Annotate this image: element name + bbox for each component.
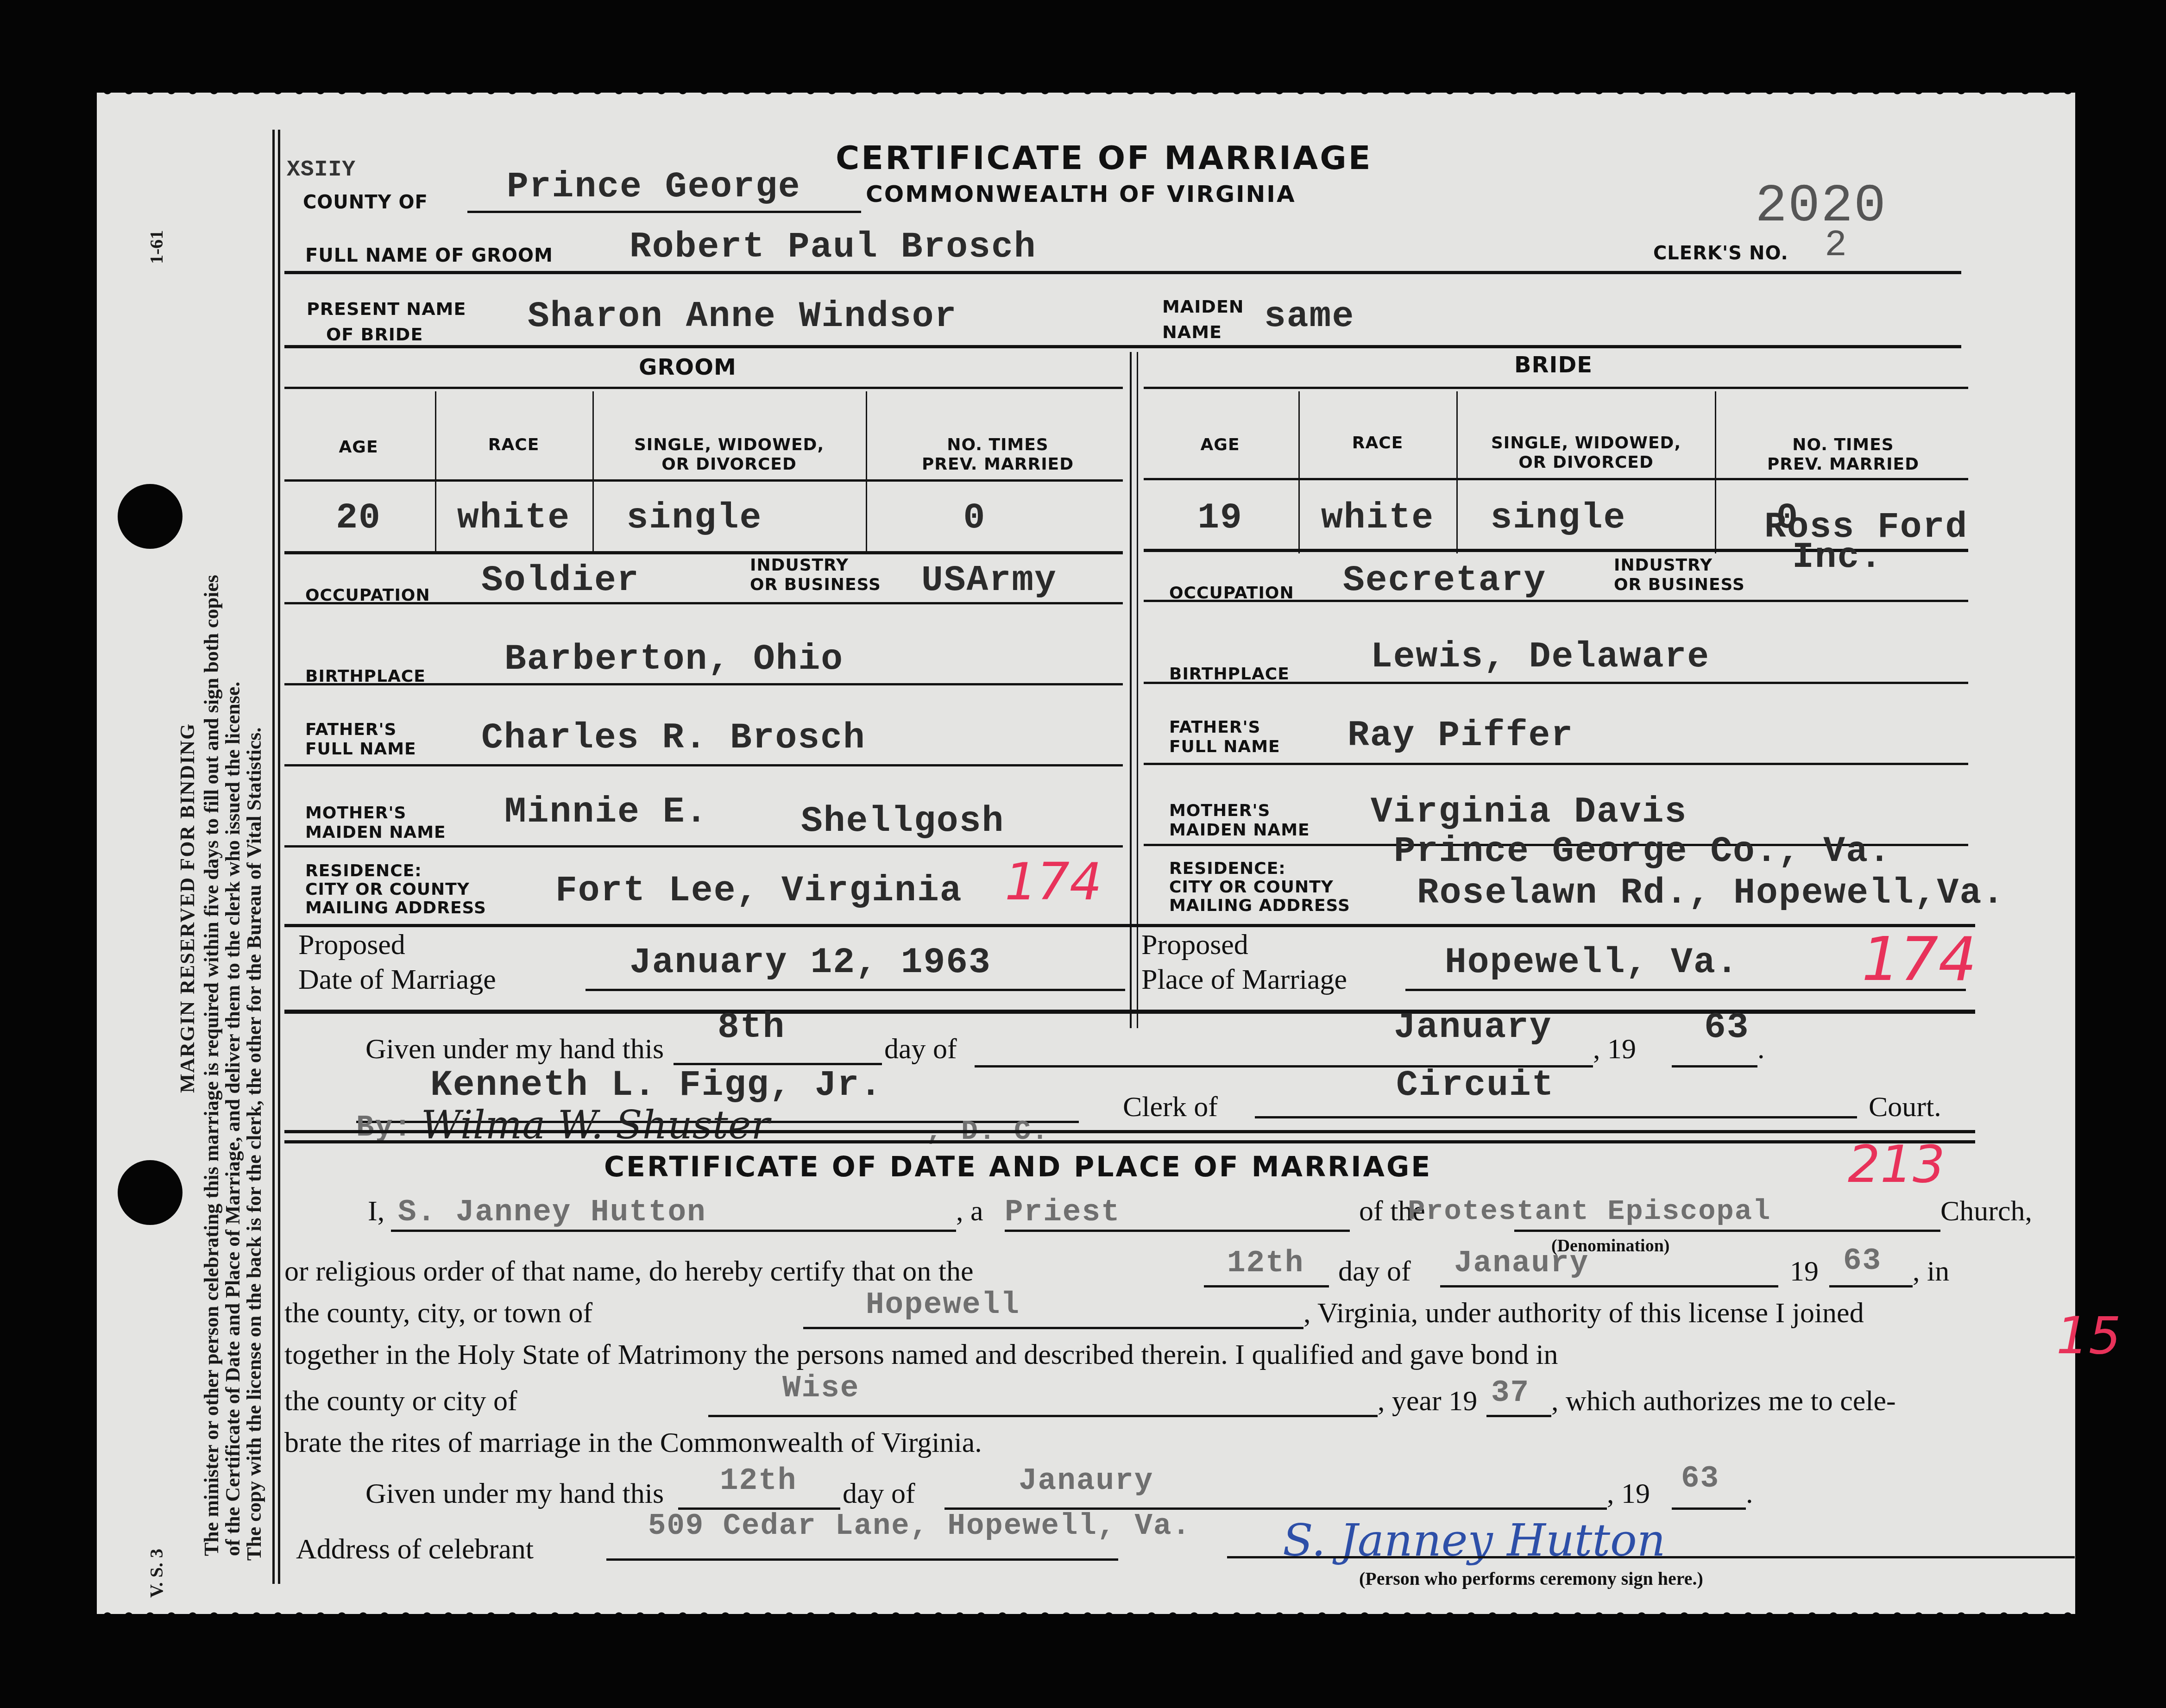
- groom-residence: Fort Lee, Virginia: [555, 871, 963, 911]
- bride-status: single: [1459, 498, 1658, 539]
- groom-birthplace-underline: [284, 683, 1123, 685]
- ceremony-month-underline: [1440, 1285, 1778, 1287]
- groom-times-married: 0: [868, 498, 1081, 539]
- bride-mother: Virginia Davis: [1371, 792, 1687, 833]
- court-type: Circuit: [1396, 1065, 1555, 1106]
- ceremony-line-5-label: the county or city of: [284, 1385, 517, 1418]
- court-label: Court.: [1869, 1091, 1941, 1124]
- bride-residence-label-3: MAILING ADDRESS: [1169, 896, 1350, 916]
- celebrant-address-underline: [606, 1558, 1118, 1561]
- binding-hole-bottom: [118, 1160, 183, 1225]
- groom-age: 20: [284, 498, 433, 539]
- ceremony-given-month: Janaury: [1019, 1463, 1153, 1498]
- license-year-suffix: 63: [1704, 1007, 1750, 1048]
- celebrant-name-underline: [391, 1230, 956, 1232]
- form-revision: 1-61: [145, 230, 167, 264]
- license-day: 8th: [718, 1007, 785, 1048]
- groom-col-age: AGE: [284, 438, 433, 457]
- groom-industry-label-1: INDUSTRY: [750, 556, 849, 575]
- bride-col-status-2: OR DIVORCED: [1459, 453, 1713, 472]
- groom-col-times-2: PREV. MARRIED: [868, 455, 1127, 474]
- bride-father: Ray Piffer: [1347, 716, 1574, 756]
- bride-col-status-1: SINGLE, WIDOWED,: [1459, 433, 1713, 453]
- celebrant-title-underline: [1005, 1230, 1350, 1232]
- ceremony-title: CERTIFICATE OF DATE AND PLACE OF MARRIAG…: [604, 1151, 1432, 1183]
- proposed-place-label-2: Place of Marriage: [1141, 963, 1347, 996]
- ceremony-line-3-label: the county, city, or town of: [284, 1297, 592, 1330]
- celebrant-signature-underline: [1227, 1556, 2075, 1558]
- margin-heading: MARGIN RESERVED FOR BINDING: [176, 723, 199, 1093]
- bride-age: 19: [1144, 498, 1297, 539]
- clerk-name: Kenneth L. Figg, Jr.: [430, 1065, 882, 1106]
- margin-instruction-3: The copy with the license on the back is…: [242, 728, 266, 1561]
- county-underline: [467, 211, 861, 213]
- bride-occupation: Secretary: [1343, 560, 1546, 601]
- groom-col-sep-2: [592, 391, 594, 553]
- bride-col-sep-1: [1298, 391, 1300, 553]
- form-id: V. S. 3: [145, 1549, 167, 1598]
- bride-occupation-underline: [1144, 600, 1968, 602]
- license-period: .: [1757, 1033, 1765, 1066]
- ceremony-day-of-label: day of: [1338, 1255, 1411, 1288]
- groom-residence-label-3: MAILING ADDRESS: [305, 898, 486, 918]
- bride-col-sep-3: [1715, 391, 1716, 553]
- groom-status: single: [595, 498, 794, 539]
- bride-industry-label-2: OR BUSINESS: [1614, 575, 1745, 595]
- bride-name-value: Sharon Anne Windsor: [528, 296, 957, 337]
- bride-father-label-1: FATHER'S: [1169, 718, 1260, 737]
- denomination-underline: [1514, 1230, 1940, 1232]
- bride-residence-line-2: Roselawn Rd., Hopewell,Va.: [1417, 873, 2005, 914]
- groom-residence-label-2: CITY OR COUNTY: [305, 880, 470, 899]
- maiden-name-value: same: [1264, 296, 1354, 337]
- ceremony-month: Janaury: [1454, 1246, 1589, 1281]
- groom-mother-label-1: MOTHER'S: [305, 804, 406, 823]
- groom-col-times-1: NO. TIMES: [868, 435, 1127, 455]
- ceremony-line-2: or religious order of that name, do here…: [284, 1255, 974, 1288]
- bride-industry-line-2: Inc.: [1792, 537, 1883, 578]
- groom-mother-underline: [284, 845, 1123, 848]
- celebrant-address: 509 Cedar Lane, Hopewell, Va.: [648, 1510, 1191, 1543]
- ceremony-given-period: .: [1746, 1477, 1753, 1510]
- ceremony-line-6: brate the rites of marriage in the Commo…: [284, 1426, 982, 1459]
- groom-col-status-2: OR DIVORCED: [595, 455, 863, 474]
- bride-father-label-2: FULL NAME: [1169, 737, 1280, 757]
- proposed-date-underline: [586, 989, 1125, 991]
- clerks-no-value: 2: [1825, 225, 1848, 267]
- license-month: January: [1394, 1007, 1552, 1048]
- form-code: XSIIY: [287, 157, 356, 182]
- groom-col-sep-3: [866, 391, 867, 553]
- groom-race: white: [437, 498, 590, 539]
- groom-col-status-1: SINGLE, WIDOWED,: [595, 435, 863, 455]
- groom-name-label: FULL NAME OF GROOM: [305, 245, 553, 266]
- ceremony-year-suffix: 63: [1843, 1243, 1882, 1278]
- license-year-underline: [1672, 1065, 1757, 1067]
- bond-county-underline: [708, 1415, 1378, 1417]
- ceremony-day-underline: [1204, 1285, 1329, 1287]
- license-given-label: Given under my hand this: [365, 1033, 664, 1066]
- groom-values-underline: [284, 551, 1123, 554]
- bride-mother-label-1: MOTHER'S: [1169, 801, 1270, 821]
- license-day-of-label: day of: [884, 1033, 957, 1066]
- maiden-name-label-2: NAME: [1162, 322, 1222, 342]
- bond-county: Wise: [782, 1371, 859, 1406]
- groom-occupation-underline: [284, 602, 1123, 604]
- groom-birthplace: Barberton, Ohio: [504, 639, 844, 680]
- ceremony-in-label: , in: [1913, 1255, 1949, 1288]
- marriage-certificate-page: 1-61 V. S. 3 MARGIN RESERVED FOR BINDING…: [97, 93, 2075, 1614]
- celebrant-title: Priest: [1005, 1195, 1121, 1230]
- ceremony-given-year-underline: [1672, 1507, 1746, 1510]
- ceremony-given-label: Given under my hand this: [365, 1477, 664, 1510]
- ceremony-year-prefix: 19: [1790, 1255, 1819, 1288]
- signature-caption: (Person who performs ceremony sign here.…: [1359, 1568, 1703, 1589]
- license-section-bottom-1: [284, 1130, 1975, 1133]
- groom-father-label-1: FATHER'S: [305, 720, 397, 740]
- groom-heading-underline: [284, 387, 1123, 389]
- document-subtitle: COMMONWEALTH OF VIRGINIA: [866, 181, 1296, 207]
- ceremony-given-day-of: day of: [843, 1477, 915, 1510]
- document-title: CERTIFICATE OF MARRIAGE: [836, 139, 1372, 177]
- county-value: Prince George: [507, 167, 801, 207]
- groom-residence-code: 174: [1005, 852, 1102, 911]
- maiden-name-label-1: MAIDEN: [1162, 296, 1244, 317]
- bride-residence-label-1: RESIDENCE:: [1169, 859, 1286, 879]
- bride-name-label-1: PRESENT NAME: [307, 299, 466, 319]
- bride-race: white: [1301, 498, 1454, 539]
- groom-occupation: Soldier: [481, 560, 640, 601]
- groom-name-value: Robert Paul Brosch: [630, 227, 1037, 268]
- groom-colhead-underline: [284, 479, 1123, 482]
- ceremony-annotation-213: 213: [1848, 1135, 1945, 1194]
- license-section-bottom-2: [284, 1140, 1975, 1143]
- ceremony-line-5-rest: , which authorizes me to cele-: [1551, 1385, 1896, 1418]
- bride-col-times-2: PREV. MARRIED: [1718, 455, 1968, 474]
- bride-col-times-1: NO. TIMES: [1718, 435, 1968, 455]
- bride-col-sep-2: [1456, 391, 1458, 553]
- groom-father-underline: [284, 764, 1123, 766]
- ceremony-given-day: 12th: [720, 1463, 797, 1498]
- bride-heading-underline: [1144, 387, 1968, 389]
- bride-heading: BRIDE: [1514, 352, 1593, 378]
- court-type-underline: [1255, 1116, 1857, 1118]
- groom-industry: USArmy: [921, 560, 1057, 601]
- bride-col-age: AGE: [1144, 435, 1297, 455]
- bond-year-underline: [1486, 1415, 1551, 1417]
- groom-name-underline: [284, 271, 1961, 274]
- bride-colhead-underline: [1144, 478, 1968, 480]
- bond-year-suffix: 37: [1491, 1375, 1530, 1410]
- ceremony-line-4: together in the Holy State of Matrimony …: [284, 1338, 1558, 1371]
- bride-residence-line-1: Prince George Co., Va.: [1394, 831, 1891, 872]
- bride-col-race: RACE: [1301, 433, 1454, 453]
- groom-father: Charles R. Brosch: [481, 718, 866, 759]
- groom-residence-label-1: RESIDENCE:: [305, 861, 422, 881]
- clerks-no-label: CLERK'S NO.: [1653, 243, 1788, 264]
- margin-instruction-1: The minister or other person celebrating…: [200, 575, 223, 1556]
- bride-industry-label-1: INDUSTRY: [1614, 556, 1713, 575]
- margin-instruction-2: of the Certificate of Date and Place of …: [221, 682, 245, 1556]
- proposed-date-label-1: Proposed: [298, 929, 405, 961]
- license-year-prefix: , 19: [1593, 1033, 1636, 1066]
- proposed-date-label-2: Date of Marriage: [298, 963, 496, 996]
- clerk-of-label: Clerk of: [1123, 1091, 1218, 1124]
- bride-name-underline: [284, 345, 1961, 348]
- proposed-place-value: Hopewell, Va.: [1445, 942, 1739, 983]
- ceremony-annotation-15: 15: [2056, 1306, 2121, 1365]
- ceremony-town: Hopewell: [866, 1287, 1020, 1322]
- ceremony-day: 12th: [1227, 1246, 1304, 1281]
- ceremony-i-label: I,: [368, 1195, 384, 1228]
- bride-birthplace-label: BIRTHPLACE: [1169, 665, 1290, 684]
- celebrant-name: S. Janney Hutton: [398, 1195, 706, 1230]
- proposed-place-code: 174: [1862, 924, 1977, 994]
- bride-birthplace-underline: [1144, 682, 1968, 684]
- groom-col-sep-1: [435, 391, 436, 553]
- binding-line-2: [278, 130, 280, 1584]
- ceremony-year-label: , year 19: [1378, 1385, 1477, 1418]
- county-label: COUNTY OF: [303, 192, 428, 213]
- license-number: 2020: [1755, 176, 1887, 237]
- binding-hole-top: [118, 484, 183, 549]
- groom-col-race: RACE: [437, 435, 590, 455]
- proposed-date-value: January 12, 1963: [630, 942, 991, 983]
- groom-mother-label-2: MAIDEN NAME: [305, 823, 446, 842]
- residence-underline: [284, 924, 1975, 927]
- groom-industry-label-2: OR BUSINESS: [750, 575, 881, 595]
- ceremony-town-underline: [803, 1327, 1303, 1329]
- celebrant-signature: S. Janney Hutton: [1283, 1514, 1666, 1566]
- bride-residence-label-2: CITY OR COUNTY: [1169, 878, 1334, 897]
- groom-mother-given: Minnie E.: [504, 792, 708, 833]
- ceremony-given-year-prefix: , 19: [1607, 1477, 1650, 1510]
- groom-heading: GROOM: [639, 354, 737, 380]
- ceremony-a-label: , a: [956, 1195, 983, 1228]
- bride-name-label-2: OF BRIDE: [326, 324, 423, 345]
- bride-father-underline: [1144, 763, 1968, 765]
- ceremony-given-year-suffix: 63: [1681, 1461, 1719, 1496]
- ceremony-line-3-rest: , Virginia, under authority of this lice…: [1303, 1297, 1864, 1330]
- ceremony-year-underline: [1829, 1285, 1913, 1287]
- groom-father-label-2: FULL NAME: [305, 740, 416, 759]
- bride-birthplace: Lewis, Delaware: [1371, 637, 1710, 678]
- celebrant-address-label: Address of celebrant: [296, 1533, 534, 1566]
- groom-mother-surname: Shellgosh: [801, 801, 1004, 842]
- bride-mother-label-2: MAIDEN NAME: [1169, 821, 1310, 840]
- denomination: Protestant Episcopal: [1408, 1195, 1771, 1228]
- ceremony-church-label: Church,: [1940, 1195, 2032, 1228]
- binding-line-1: [272, 130, 275, 1584]
- proposed-place-label-1: Proposed: [1141, 929, 1248, 961]
